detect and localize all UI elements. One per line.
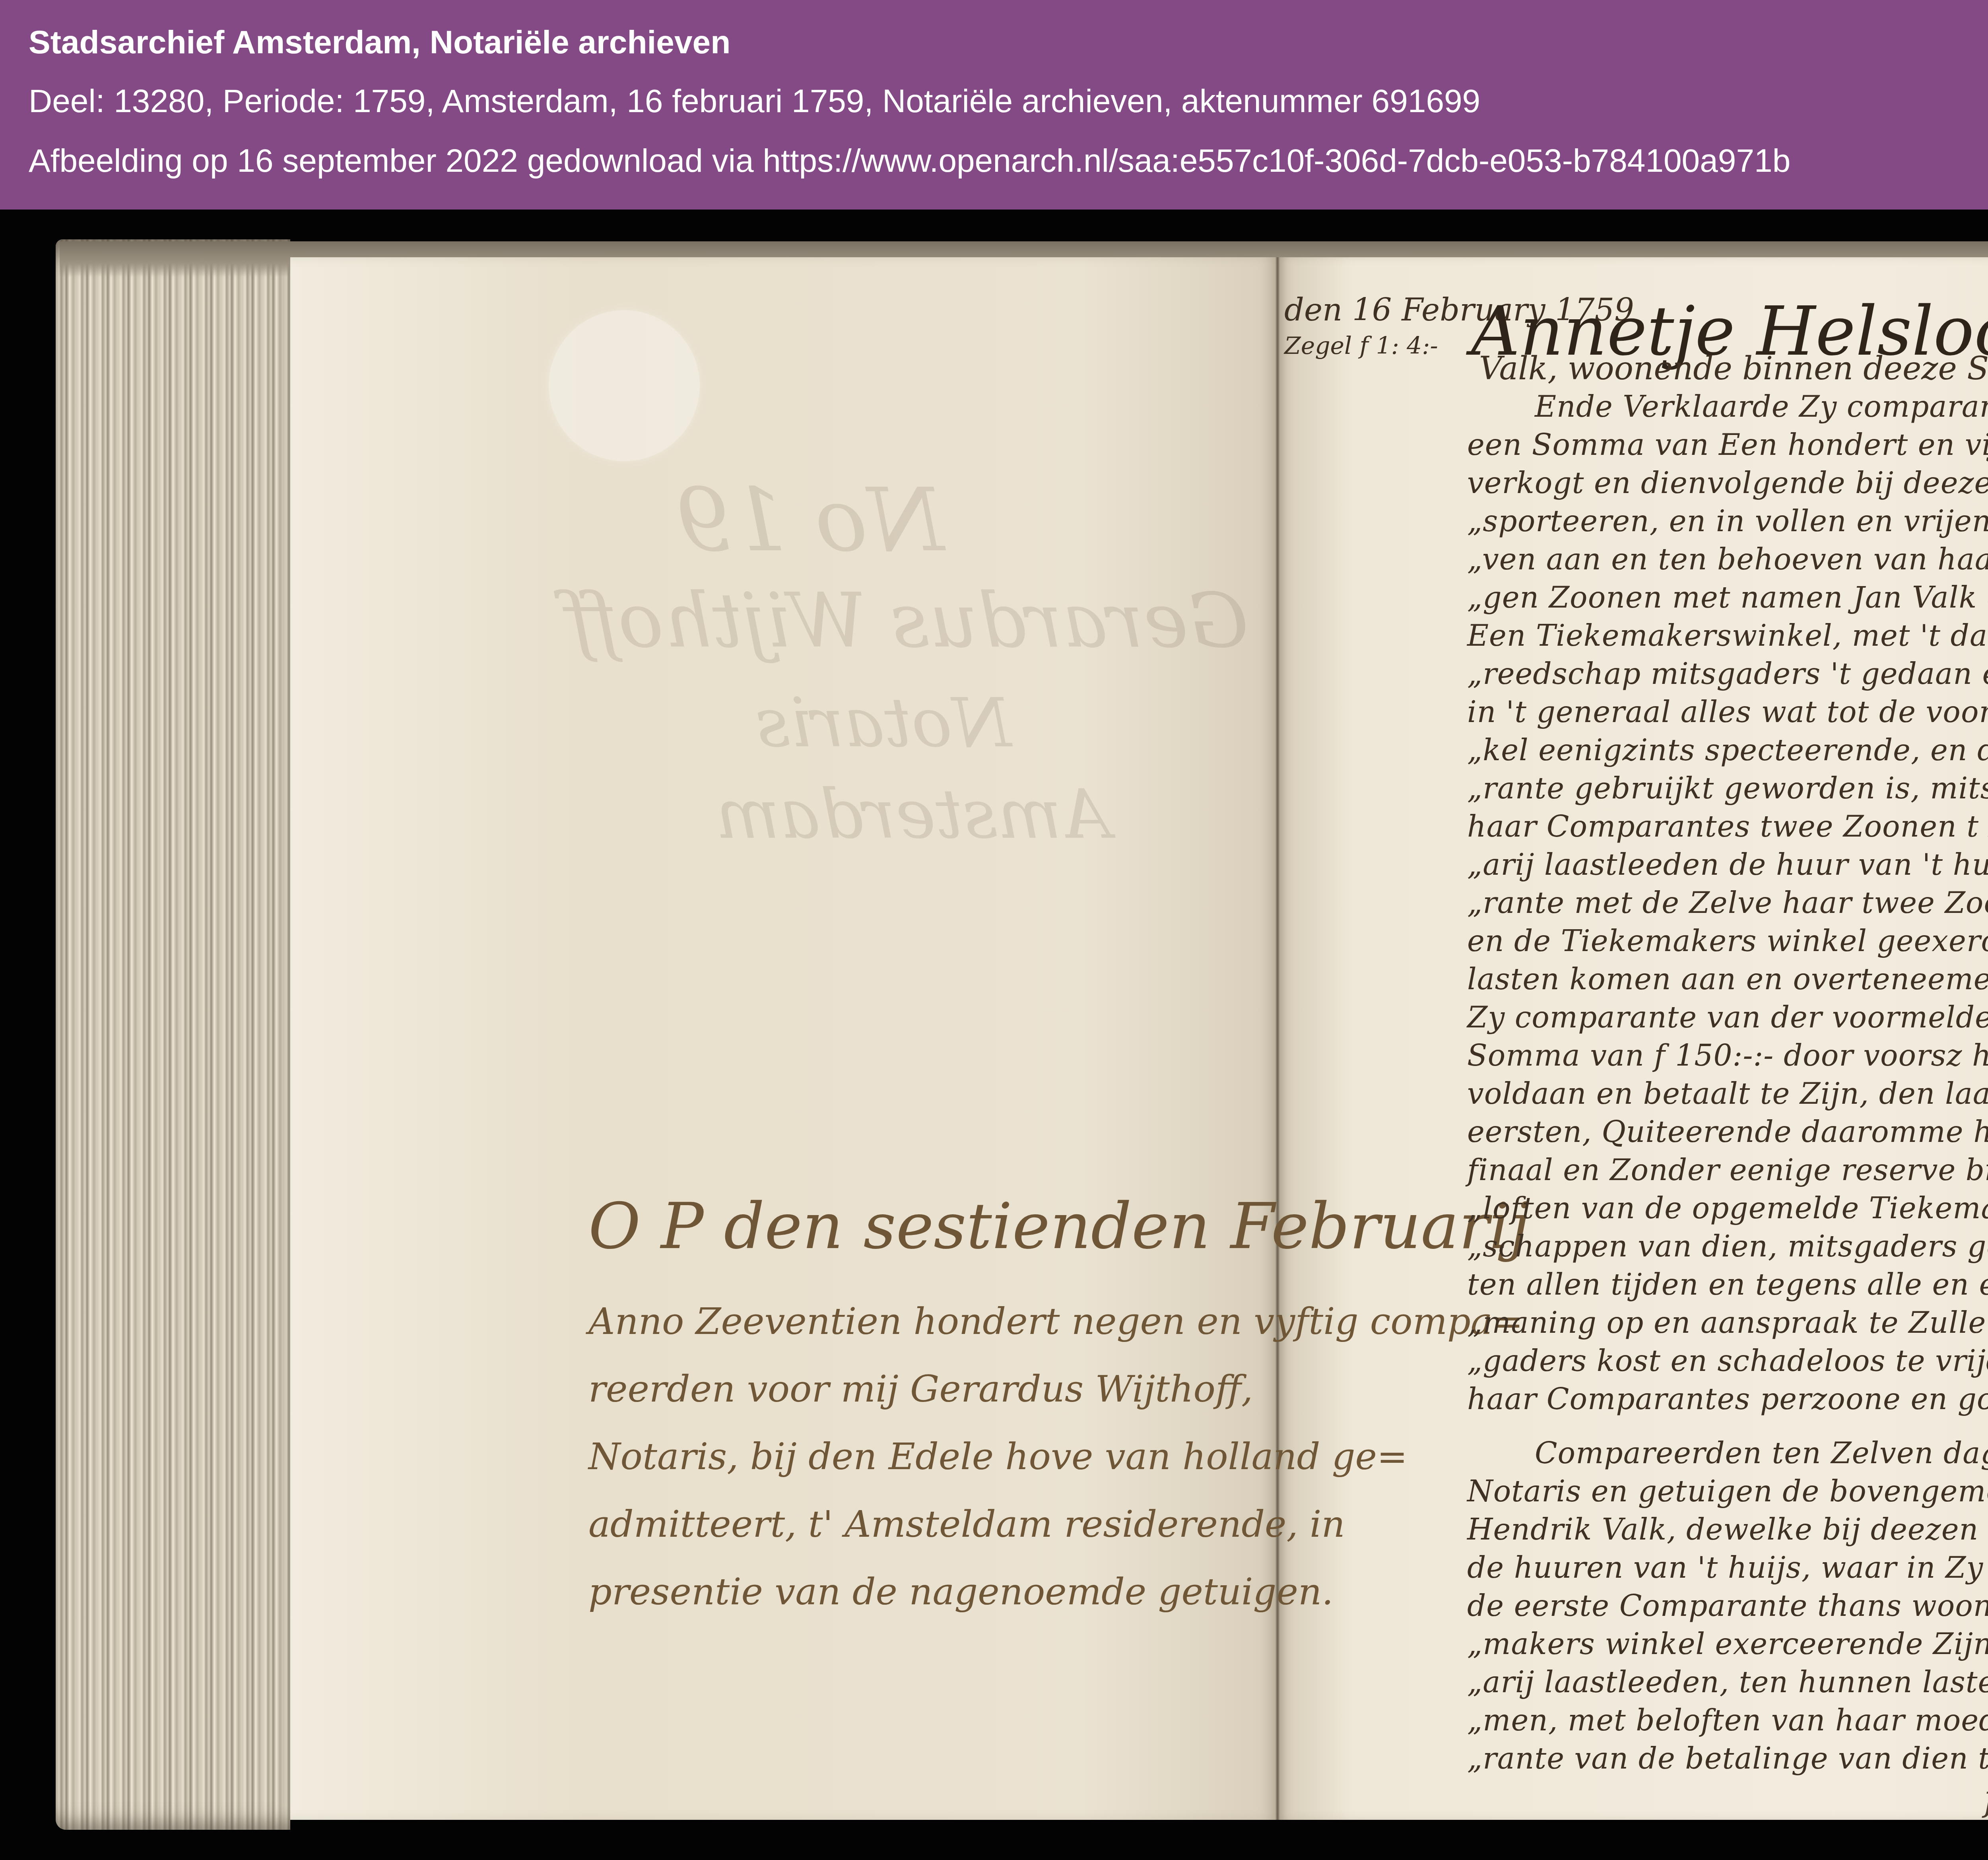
deed-body-line: „makers winkel exerceerende Zijn, van de… bbox=[1467, 1627, 1988, 1661]
deed-body-line: haar Comparantes twee Zoonen t Zedert de… bbox=[1467, 810, 1988, 844]
folio-mark: fe bbox=[1984, 1777, 1988, 1819]
deed-body-line: „gaders kost en schadeloos te vrijden on… bbox=[1467, 1344, 1988, 1378]
deed-body-line: Zy comparante van der voormelde koopspen… bbox=[1467, 1000, 1988, 1035]
left-page-line: Anno Zeeventien hondert negen en vyftig … bbox=[588, 1300, 1523, 1343]
deed-body-line: „loften van de opgemelde Tiekemakerswink… bbox=[1467, 1191, 1988, 1225]
left-page-line: admitteert, t' Amsteldam residerende, in bbox=[588, 1503, 1345, 1545]
deed-body-line: „maning op en aanspraak te Zullen indemn… bbox=[1467, 1306, 1988, 1340]
download-source: Afbeelding op 16 september 2022 gedownlo… bbox=[29, 142, 1790, 180]
deed-body-line: haar Comparantes perzoone en goederen al… bbox=[1467, 1382, 1988, 1416]
deed-body-line: Hendrik Valk, dewelke bij deezen verklaa… bbox=[1467, 1512, 1988, 1547]
deed-body-line: „sporteeren, en in vollen en vrijen eijg… bbox=[1467, 504, 1988, 538]
deed-body-line: eersten, Quiteerende daaromme hun Ed. di… bbox=[1467, 1115, 1988, 1149]
margin-stamp-duty-note: Zegel f 1: 4:- bbox=[1284, 332, 1438, 360]
deed-body-line: „reedschap mitsgaders 't gedaan en onged… bbox=[1467, 657, 1988, 691]
deed-body-line: de huuren van 't huijs, waar in Zy met h… bbox=[1467, 1551, 1988, 1585]
deed-body-line: „rante met de Zelve haar twee Zoonen tha… bbox=[1467, 886, 1988, 920]
deed-body-line: „men, met beloften van haar moeder de ee… bbox=[1467, 1703, 1988, 1738]
archive-header-banner: Stadsarchief Amsterdam, Notariële archie… bbox=[0, 0, 1988, 210]
ghost-text: Notaris bbox=[755, 684, 1011, 763]
deed-body-line: „arij laastleeden de huur van 't huijs, … bbox=[1467, 848, 1988, 882]
ghost-text: Gerardus Wijthoff bbox=[565, 577, 1248, 664]
deed-body-line: de eerste Comparante thans woonachtig en… bbox=[1467, 1589, 1988, 1623]
left-page-line: Notaris, bij den Edele hove van holland … bbox=[588, 1435, 1408, 1478]
deed-body-line: ten allen tijden en tegens alle en een i… bbox=[1467, 1268, 1988, 1302]
deed-body-line: „kel eenigzints specteerende, en door ha… bbox=[1467, 733, 1988, 767]
deed-body-line: een Somma van Een hondert en vijftig gul… bbox=[1467, 428, 1988, 462]
deed-body-line: „rante van de betalinge van dien te Zull… bbox=[1467, 1742, 1988, 1776]
deed-body-line: lasten komen aan en overteneemen. Bekenn… bbox=[1467, 962, 1988, 996]
left-page-line: presentie van de nagenoemde getuigen. bbox=[588, 1571, 1333, 1613]
left-page-line: reerden voor mij Gerardus Wijthoff, bbox=[588, 1368, 1253, 1410]
deed-body-line: Ende Verklaarde Zy comparante voor bbox=[1535, 390, 1988, 424]
deed-body-line: Somma van f 150:-:- door voorsz haare Zo… bbox=[1467, 1039, 1988, 1073]
deed-body-line: „gen Zoonen met namen Jan Valk en Hendri… bbox=[1467, 581, 1988, 615]
left-page-line: O P den sestienden Februarij bbox=[588, 1189, 1529, 1263]
deed-body-line: „rante gebruijkt geworden is, mits dat d… bbox=[1467, 771, 1988, 806]
deed-body-line: „schappen van dien, mitsgaders gedaan en… bbox=[1467, 1229, 1988, 1264]
deed-body-line: en de Tiekemakers winkel geexerceert wor… bbox=[1467, 924, 1988, 958]
deed-body-line: Compareerden ten Zelven dagen mede voorn… bbox=[1535, 1436, 1988, 1470]
ghost-text: No 19 bbox=[676, 469, 944, 571]
deed-body-line: Een Tiekemakerswinkel, met 't daarbij be… bbox=[1467, 619, 1988, 653]
seal-watermark bbox=[549, 310, 700, 461]
deed-body-line: finaal en Zonder eenige reserve bij deez… bbox=[1467, 1153, 1988, 1187]
record-metadata: Deel: 13280, Periode: 1759, Amsterdam, 1… bbox=[29, 83, 1480, 120]
left-page-stack-edge bbox=[56, 239, 290, 1830]
deed-body-line: voldaan en betaalt te Zijn, den laatsten… bbox=[1467, 1077, 1988, 1111]
deed-heading-line: Valk, woonende binnen deeze Stad bbox=[1479, 350, 1988, 387]
deed-body-line: in 't generaal alles wat tot de voorsz T… bbox=[1467, 695, 1988, 729]
deed-body-line: Notaris en getuigen de bovengemelde Jan … bbox=[1467, 1474, 1988, 1509]
archive-title: Stadsarchief Amsterdam, Notariële archie… bbox=[29, 24, 730, 61]
ghost-text: Amsterdam bbox=[716, 775, 1110, 854]
deed-body-line: „ven aan en ten behoeven van haar twee m… bbox=[1467, 542, 1988, 577]
deed-body-line: verkogt en dienvolgende bij deezen te ce… bbox=[1467, 466, 1988, 500]
deed-body-line: „arij laastleeden, ten hunnen lasten aan… bbox=[1467, 1665, 1988, 1699]
